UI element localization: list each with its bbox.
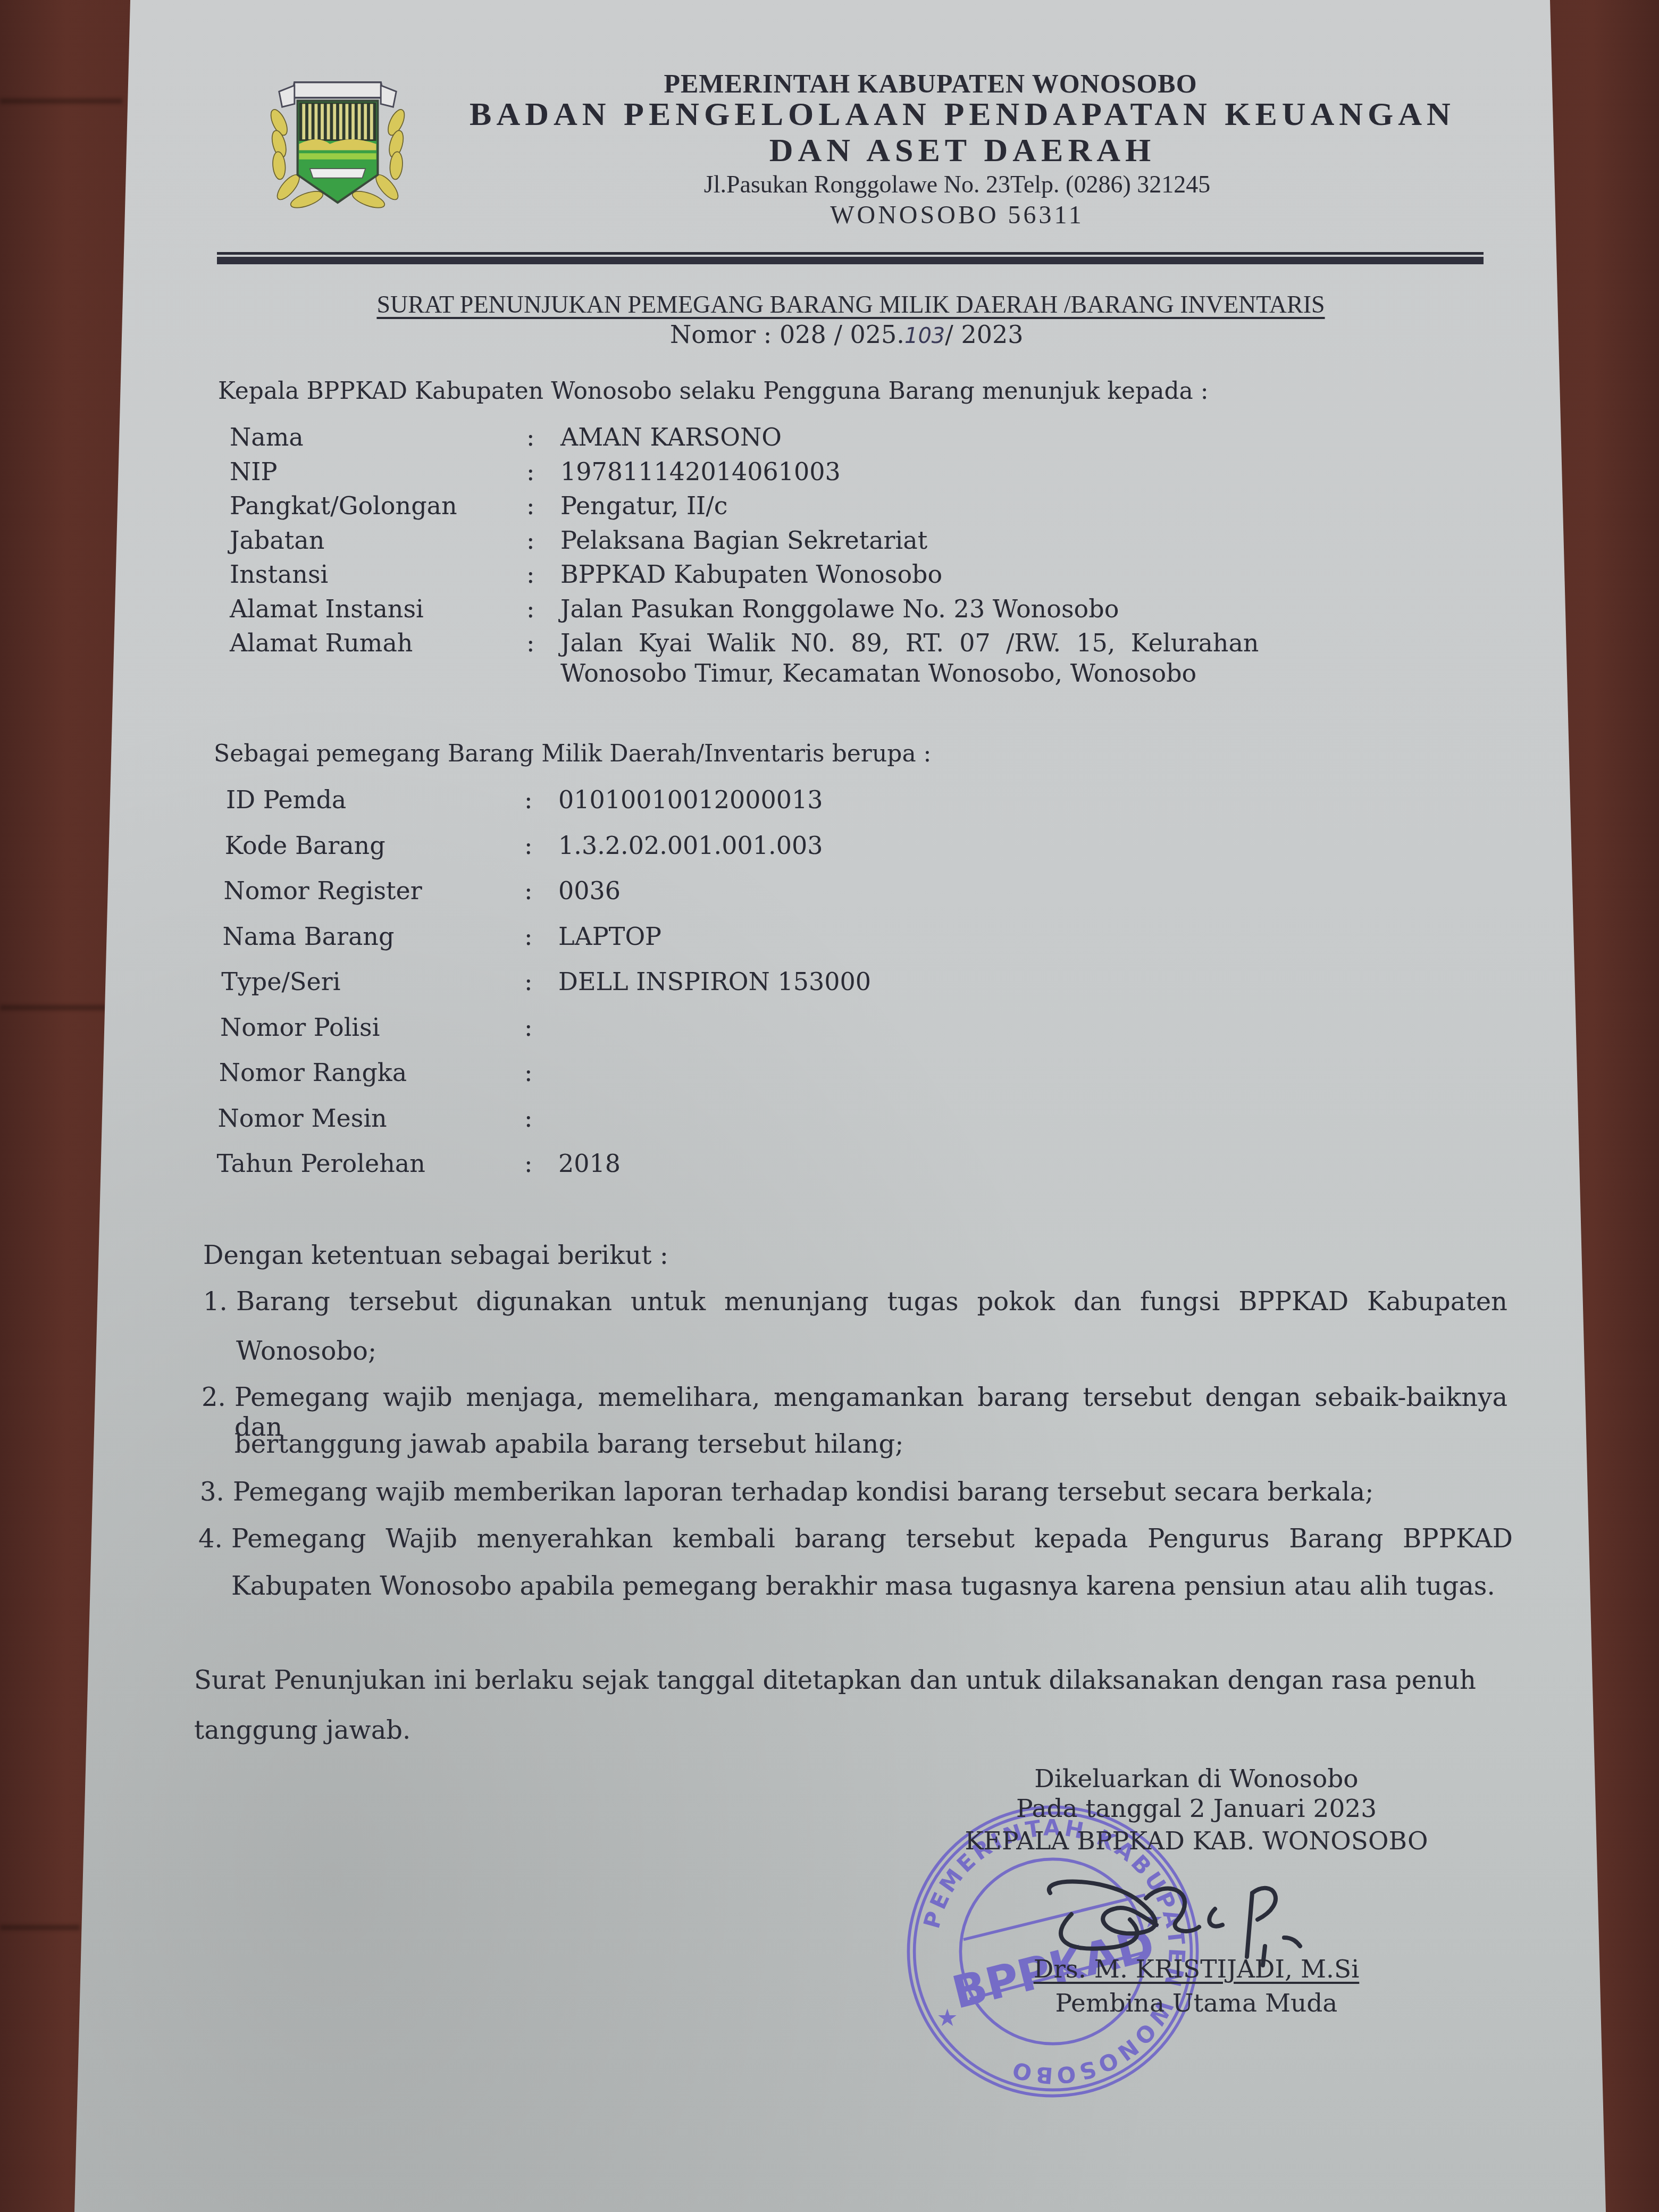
terms-item-text: Barang tersebut digunakan untuk menunjan…	[236, 1287, 1507, 1317]
field-label: Type/Seri	[221, 967, 340, 996]
field-label: Pangkat/Golongan	[230, 491, 457, 520]
signatory-position: KEPALA BPPKAD KAB. WONOSOBO	[904, 1826, 1489, 1856]
field-label: Nomor Register	[224, 876, 422, 905]
field-label: Instansi	[230, 560, 328, 589]
wood-grain	[0, 1005, 106, 1010]
field-label: ID Pemda	[226, 785, 346, 814]
terms-item-number: 4.	[198, 1524, 223, 1554]
field-label: Tahun Perolehan	[216, 1149, 425, 1178]
appointee-intro: Kepala BPPKAD Kabupaten Wonosobo selaku …	[218, 378, 1209, 405]
terms-item-number: 2.	[202, 1382, 226, 1412]
field-value: 2018	[558, 1149, 621, 1178]
field-colon: :	[524, 876, 533, 905]
field-colon: :	[526, 491, 535, 520]
terms-item-text-continued: Kabupaten Wonosobo apabila pemegang bera…	[231, 1571, 1495, 1601]
terms-item-text: Pemegang wajib memberikan laporan terhad…	[233, 1477, 1373, 1507]
field-value: 197811142014061003	[560, 457, 841, 486]
terms-item-text-continued: bertanggung jawab apabila barang tersebu…	[234, 1429, 903, 1459]
field-label: Nomor Mesin	[218, 1104, 387, 1133]
government-name: PEMERINTAH KABUPATEN WONOSOBO	[479, 68, 1382, 99]
issue-date: Pada tanggal 2 Januari 2023	[904, 1794, 1489, 1823]
field-value: Jalan Pasukan Ronggolawe No. 23 Wonosobo	[560, 594, 1119, 623]
field-colon: :	[524, 1058, 533, 1087]
terms-intro: Dengan ketentuan sebagai berikut :	[203, 1241, 668, 1270]
field-value: BPPKAD Kabupaten Wonosobo	[560, 560, 942, 589]
field-label: Nama Barang	[222, 922, 394, 951]
field-colon: :	[524, 922, 533, 951]
field-colon: :	[524, 967, 533, 996]
agency-name-line1: BADAN PENGELOLAAN PENDAPATAN KEUANGAN	[468, 96, 1457, 133]
field-label: Nama	[230, 423, 304, 451]
field-colon: :	[524, 1013, 533, 1042]
field-colon: :	[526, 629, 535, 657]
field-colon: :	[526, 560, 535, 589]
letterhead-rule-thin	[217, 252, 1484, 255]
issued-at: Dikeluarkan di Wonosobo	[904, 1764, 1489, 1794]
terms-item-text-continued: Wonosobo;	[236, 1336, 376, 1366]
field-colon: :	[524, 1104, 533, 1133]
terms-item-number: 3.	[200, 1477, 224, 1507]
field-label: NIP	[230, 457, 277, 486]
field-value: 01010010012000013	[558, 785, 823, 814]
closing-line2: tanggung jawab.	[194, 1715, 410, 1745]
field-label: Nomor Rangka	[219, 1058, 407, 1087]
svg-text:★: ★	[937, 2004, 958, 2032]
document-title: SURAT PENUNJUKAN PEMEGANG BARANG MILIK D…	[298, 290, 1404, 319]
terms-item-number: 1.	[203, 1287, 228, 1317]
field-colon: :	[524, 1149, 533, 1178]
field-label: Nomor Polisi	[220, 1013, 380, 1042]
terms-item-text: Pemegang Wajib menyerahkan kembali baran…	[231, 1524, 1513, 1554]
wood-grain	[0, 1925, 80, 1930]
field-label: Jabatan	[230, 526, 324, 555]
wood-grain	[0, 98, 122, 104]
field-value: 0036	[558, 876, 621, 905]
document-number-prefix: Nomor : 028 / 025.	[670, 320, 904, 349]
field-colon: :	[524, 831, 533, 860]
field-value: Pelaksana Bagian Sekretariat	[560, 526, 927, 555]
field-value: 1.3.2.02.001.001.003	[558, 831, 823, 860]
document-number: Nomor : 028 / 025.103/ 2023	[670, 320, 1024, 349]
field-label: Alamat Instansi	[230, 594, 424, 623]
agency-address: Jl.Pasukan Ronggolawe No. 23Telp. (0286)…	[479, 170, 1436, 198]
signatory-name: Drs. M. KRISTIJADI, M.Si	[968, 1955, 1425, 1984]
field-colon: :	[526, 594, 535, 623]
asset-intro: Sebagai pemegang Barang Milik Daerah/Inv…	[214, 740, 931, 767]
signatory-rank: Pembina Utama Muda	[968, 1989, 1425, 2018]
agency-name-line2: DAN ASET DAERAH	[468, 132, 1457, 170]
field-colon: :	[524, 785, 533, 814]
field-value: Pengatur, II/c	[560, 491, 728, 520]
field-colon: :	[526, 423, 535, 451]
field-value-continued: Wonosobo Timur, Kecamatan Wonosobo, Wono…	[560, 659, 1196, 688]
field-label: Alamat Rumah	[230, 629, 413, 657]
field-value: Jalan Kyai Walik N0. 89, RT. 07 /RW. 15,…	[560, 629, 1337, 657]
field-label: Kode Barang	[225, 831, 386, 860]
document-number-handwritten: 103	[904, 324, 945, 348]
field-colon: :	[526, 526, 535, 555]
field-value: LAPTOP	[558, 922, 661, 951]
document-number-suffix: / 2023	[945, 320, 1023, 349]
field-value: DELL INSPIRON 153000	[558, 967, 871, 996]
letterhead-rule-thick	[217, 257, 1484, 264]
field-value: AMAN KARSONO	[560, 423, 782, 451]
field-colon: :	[526, 457, 535, 486]
coat-of-arms-icon	[261, 66, 415, 215]
agency-city-postal: WONOSOBO 56311	[479, 200, 1436, 230]
closing-line1: Surat Penunjukan ini berlaku sejak tangg…	[194, 1665, 1476, 1695]
